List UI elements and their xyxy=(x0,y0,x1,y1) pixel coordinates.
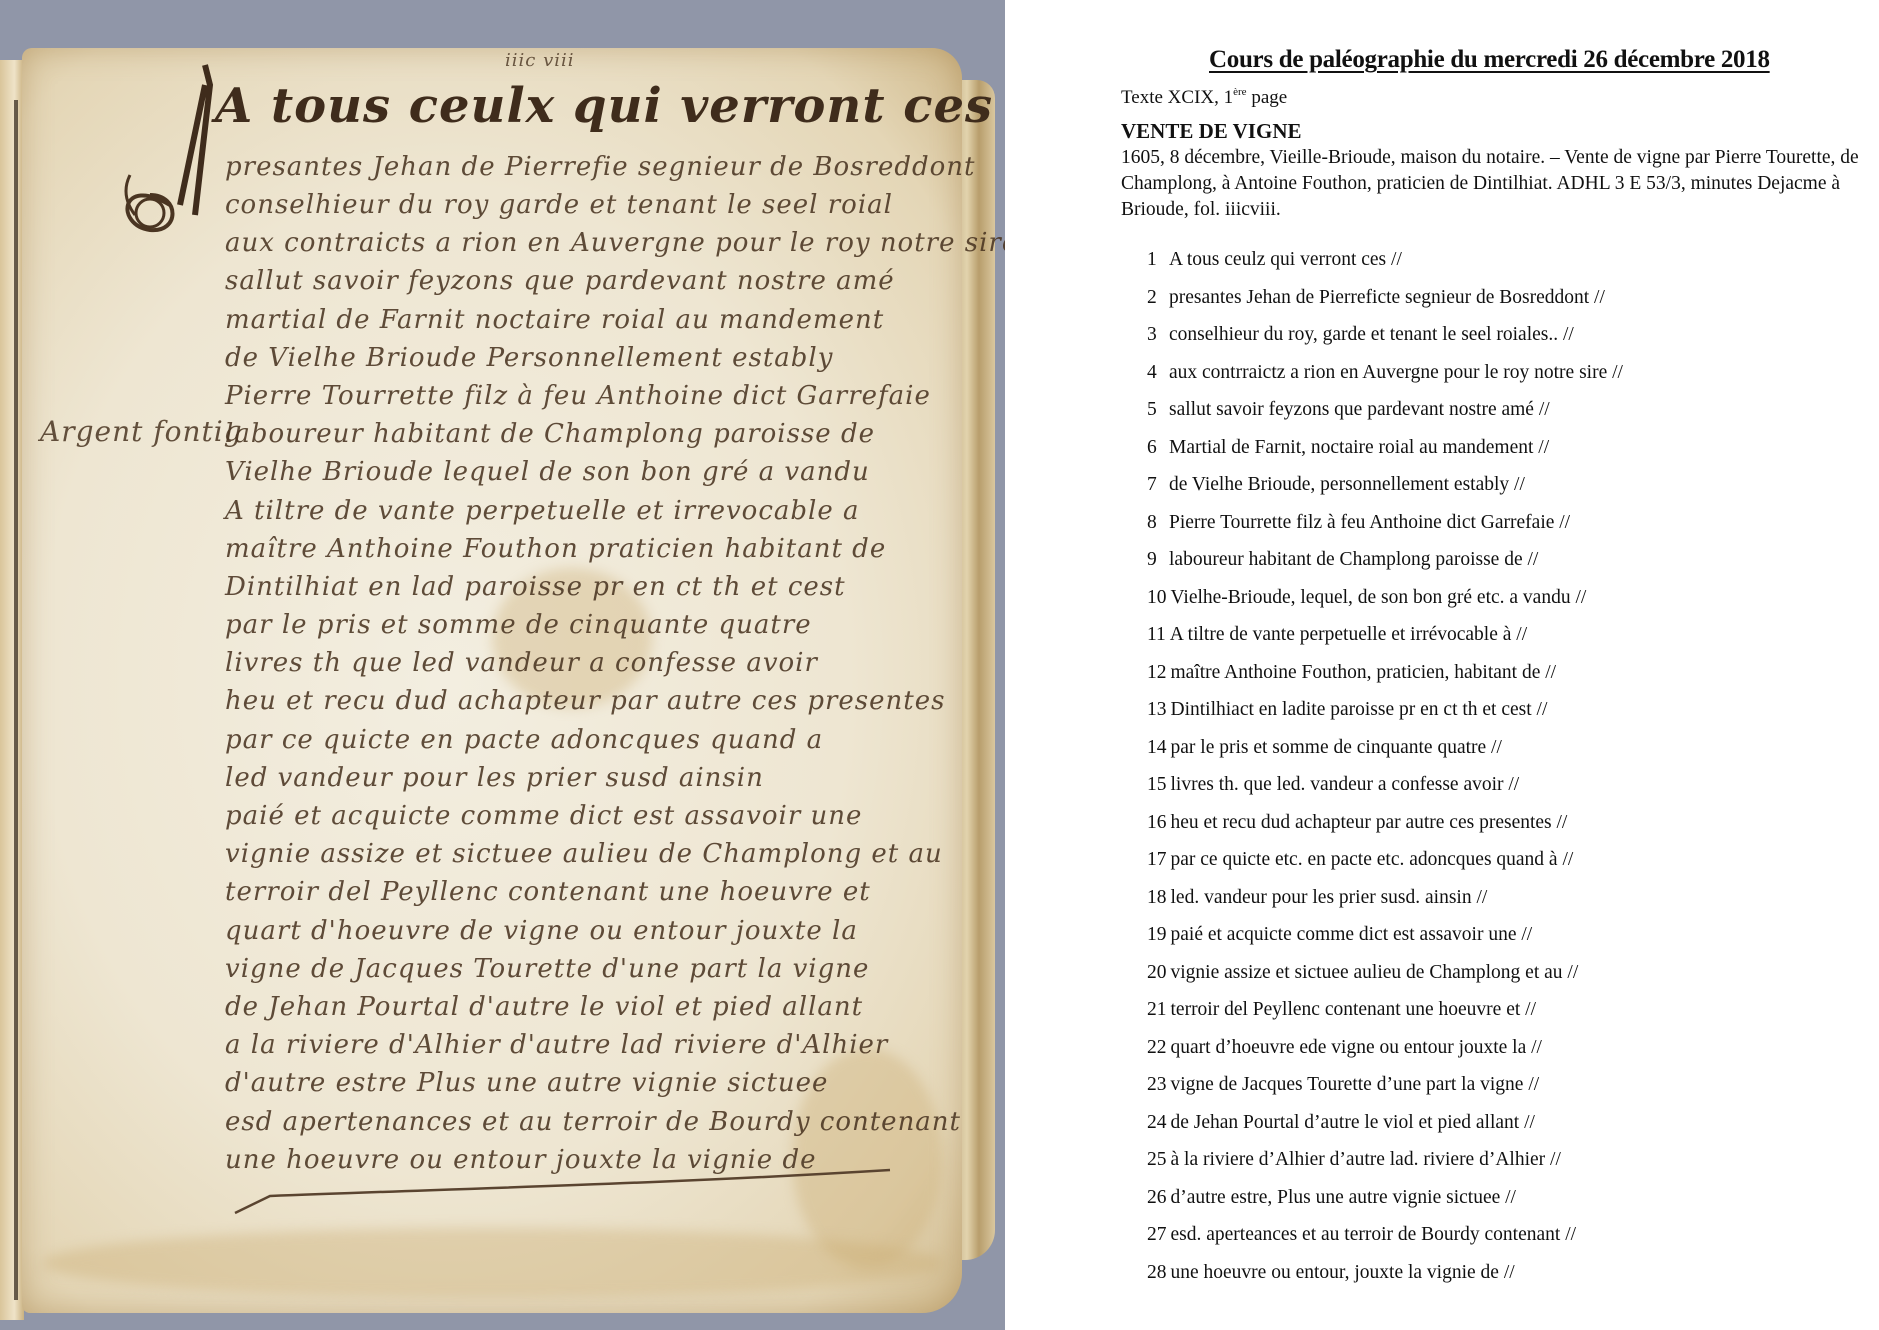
line-number: 4 xyxy=(1147,357,1169,389)
line-number: 14 xyxy=(1147,732,1167,764)
closing-flourish-icon xyxy=(230,1158,910,1218)
transcription-line: 14par le pris et somme de cinquante quat… xyxy=(1147,732,1623,770)
line-number: 1 xyxy=(1147,244,1169,276)
transcription-line: 12maître Anthoine Fouthon, praticien, ha… xyxy=(1147,657,1623,695)
line-text: à la riviere d’Alhier d’autre lad. rivie… xyxy=(1171,1149,1561,1170)
script-line: Vielhe Brioude lequel de son bon gré a v… xyxy=(225,457,870,487)
script-line: de Jehan Pourtal d'autre le viol et pied… xyxy=(225,992,863,1022)
script-line: par ce quicte en pacte adoncques quand a xyxy=(225,725,823,755)
line-number: 25 xyxy=(1147,1144,1167,1176)
transcription-line: 7de Vielhe Brioude, personnellement esta… xyxy=(1147,469,1623,507)
script-line: quart d'hoeuvre de vigne ou entour jouxt… xyxy=(225,916,858,946)
transcription-lines: 1A tous ceulz qui verront ces //2presant… xyxy=(1147,244,1623,1294)
script-line: esd apertenances et au terroir de Bourdy… xyxy=(225,1107,961,1137)
transcription-line: 25à la riviere d’Alhier d’autre lad. riv… xyxy=(1147,1144,1623,1182)
line-number: 18 xyxy=(1147,882,1167,914)
line-number: 9 xyxy=(1147,544,1169,576)
script-line: de Vielhe Brioude Personnellement establ… xyxy=(225,343,833,373)
text-reference-sup: ère xyxy=(1233,86,1246,98)
manuscript-photo: iiic viii A tous ceulx qui verront ces A… xyxy=(0,0,1005,1330)
text-reference: Texte XCIX, 1ère page xyxy=(1121,86,1287,109)
script-line: Pierre Tourrette filz à feu Anthoine dic… xyxy=(225,381,931,411)
line-text: esd. aperteances et au terroir de Bourdy… xyxy=(1171,1224,1577,1245)
text-reference-prefix: Texte XCIX, 1 xyxy=(1121,87,1233,108)
line-text: de Vielhe Brioude, personnellement estab… xyxy=(1169,474,1525,495)
transcription-line: 15livres th. que led. vandeur a confesse… xyxy=(1147,769,1623,807)
transcription-line: 20vignie assize et sictuee aulieu de Cha… xyxy=(1147,957,1623,995)
line-number: 11 xyxy=(1147,619,1166,651)
page-title: Cours de paléographie du mercredi 26 déc… xyxy=(1209,46,1770,74)
line-number: 5 xyxy=(1147,394,1169,426)
facing-page-edge xyxy=(0,60,24,1320)
line-number: 28 xyxy=(1147,1257,1167,1289)
transcription-line: 27esd. aperteances et au terroir de Bour… xyxy=(1147,1219,1623,1257)
line-number: 16 xyxy=(1147,807,1167,839)
script-line: presantes Jehan de Pierrefie segnieur de… xyxy=(225,152,976,182)
transcription-line: 28une hoeuvre ou entour, jouxte la vigni… xyxy=(1147,1257,1623,1295)
line-text: laboureur habitant de Champlong paroisse… xyxy=(1169,549,1538,570)
script-line: terroir del Peyllenc contenant une hoeuv… xyxy=(225,877,871,907)
line-text: sallut savoir feyzons que pardevant nost… xyxy=(1169,399,1550,420)
line-number: 8 xyxy=(1147,507,1169,539)
transcription-line: 13Dintilhiact en ladite paroisse pr en c… xyxy=(1147,694,1623,732)
line-number: 7 xyxy=(1147,469,1169,501)
line-text: une hoeuvre ou entour, jouxte la vignie … xyxy=(1171,1262,1515,1283)
book-spine xyxy=(14,100,18,1300)
transcription-line: 6Martial de Farnit, noctaire roial au ma… xyxy=(1147,432,1623,470)
line-number: 27 xyxy=(1147,1219,1167,1251)
line-text: vigne de Jacques Tourette d’une part la … xyxy=(1171,1074,1540,1095)
line-text: terroir del Peyllenc contenant une hoeuv… xyxy=(1171,999,1536,1020)
script-line: vignie assize et sictuee aulieu de Champ… xyxy=(225,839,943,869)
line-text: Pierre Tourrette filz à feu Anthoine dic… xyxy=(1169,512,1570,533)
line-text: aux contrraictz a rion en Auvergne pour … xyxy=(1169,362,1623,383)
line-text: d’autre estre, Plus une autre vignie sic… xyxy=(1171,1187,1516,1208)
script-line: A tiltre de vante perpetuelle et irrevoc… xyxy=(225,496,860,526)
line-text: A tous ceulz qui verront ces // xyxy=(1169,249,1402,270)
script-line: Dintilhiat en lad paroisse pr en ct th e… xyxy=(225,572,846,602)
transcription-line: 10Vielhe-Brioude, lequel, de son bon gré… xyxy=(1147,582,1623,620)
transcription-line: 5sallut savoir feyzons que pardevant nos… xyxy=(1147,394,1623,432)
transcription-line: 21terroir del Peyllenc contenant une hoe… xyxy=(1147,994,1623,1032)
line-number: 12 xyxy=(1147,657,1167,689)
line-text: de Jehan Pourtal d’autre le viol et pied… xyxy=(1171,1112,1535,1133)
line-text: quart d’hoeuvre ede vigne ou entour joux… xyxy=(1171,1037,1542,1058)
decorated-initial-icon xyxy=(110,55,230,235)
transcription-line: 22quart d’hoeuvre ede vigne ou entour jo… xyxy=(1147,1032,1623,1070)
line-text: led. vandeur pour les prier susd. ainsin… xyxy=(1171,887,1488,908)
document-summary: 1605, 8 décembre, Vieille-Brioude, maiso… xyxy=(1121,145,1879,223)
line-number: 17 xyxy=(1147,844,1167,876)
line-text: Vielhe-Brioude, lequel, de son bon gré e… xyxy=(1171,587,1587,608)
line-text: conselhieur du roy, garde et tenant le s… xyxy=(1169,324,1574,345)
transcription-line: 2presantes Jehan de Pierreficte segnieur… xyxy=(1147,282,1623,320)
line-number: 19 xyxy=(1147,919,1167,951)
transcription-line: 26d’autre estre, Plus une autre vignie s… xyxy=(1147,1182,1623,1220)
transcription-line: 17par ce quicte etc. en pacte etc. adonc… xyxy=(1147,844,1623,882)
script-line: led vandeur pour les prier susd ainsin xyxy=(225,763,764,793)
script-line: conselhieur du roy garde et tenant le se… xyxy=(225,190,893,220)
transcription-line: 9laboureur habitant de Champlong paroiss… xyxy=(1147,544,1623,582)
script-line: martial de Farnit noctaire roial au mand… xyxy=(225,305,884,335)
line-text: vignie assize et sictuee aulieu de Champ… xyxy=(1171,962,1579,983)
line-number: 2 xyxy=(1147,282,1169,314)
manuscript-heading-script: A tous ceulx qui verront ces xyxy=(215,78,993,134)
script-line: laboureur habitant de Champlong paroisse… xyxy=(225,419,875,449)
line-number: 15 xyxy=(1147,769,1167,801)
line-text: Martial de Farnit, noctaire roial au man… xyxy=(1169,437,1549,458)
line-text: heu et recu dud achapteur par autre ces … xyxy=(1171,812,1568,833)
line-number: 24 xyxy=(1147,1107,1167,1139)
script-line: vigne de Jacques Tourette d'une part la … xyxy=(225,954,869,984)
line-number: 22 xyxy=(1147,1032,1167,1064)
line-text: presantes Jehan de Pierreficte segnieur … xyxy=(1169,287,1605,308)
script-line: livres th que led vandeur a confesse avo… xyxy=(225,648,818,678)
script-line: aux contraicts a rion en Auvergne pour l… xyxy=(225,228,1005,258)
line-text: par le pris et somme de cinquante quatre… xyxy=(1171,737,1502,758)
line-number: 21 xyxy=(1147,994,1167,1026)
transcription-line: 11A tiltre de vante perpetuelle et irrév… xyxy=(1147,619,1623,657)
line-text: paié et acquicte comme dict est assavoir… xyxy=(1171,924,1533,945)
transcription-line: 16heu et recu dud achapteur par autre ce… xyxy=(1147,807,1623,845)
text-reference-suffix: page xyxy=(1247,87,1288,108)
line-number: 23 xyxy=(1147,1069,1167,1101)
transcription-line: 18led. vandeur pour les prier susd. ains… xyxy=(1147,882,1623,920)
line-text: A tiltre de vante perpetuelle et irrévoc… xyxy=(1170,624,1527,645)
line-number: 3 xyxy=(1147,319,1169,351)
transcription-line: 8Pierre Tourrette filz à feu Anthoine di… xyxy=(1147,507,1623,545)
transcription-line: 3conselhieur du roy, garde et tenant le … xyxy=(1147,319,1623,357)
script-line: a la riviere d'Alhier d'autre lad rivier… xyxy=(225,1030,888,1060)
section-heading: VENTE DE VIGNE xyxy=(1121,119,1302,144)
transcription-line: 1A tous ceulz qui verront ces // xyxy=(1147,244,1623,282)
line-number: 6 xyxy=(1147,432,1169,464)
line-text: maître Anthoine Fouthon, praticien, habi… xyxy=(1171,662,1557,683)
script-line: sallut savoir feyzons que pardevant nost… xyxy=(225,266,895,296)
margin-note: Argent fontig xyxy=(40,415,243,448)
line-number: 20 xyxy=(1147,957,1167,989)
transcription-line: 19paié et acquicte comme dict est assavo… xyxy=(1147,919,1623,957)
line-text: livres th. que led. vandeur a confesse a… xyxy=(1171,774,1520,795)
line-number: 26 xyxy=(1147,1182,1167,1214)
transcription-line: 23vigne de Jacques Tourette d’une part l… xyxy=(1147,1069,1623,1107)
script-line: heu et recu dud achapteur par autre ces … xyxy=(225,686,945,716)
line-number: 13 xyxy=(1147,694,1167,726)
line-number: 10 xyxy=(1147,582,1167,614)
script-line: maître Anthoine Fouthon praticien habita… xyxy=(225,534,886,564)
transcription-line: 24de Jehan Pourtal d’autre le viol et pi… xyxy=(1147,1107,1623,1145)
script-line: par le pris et somme de cinquante quatre xyxy=(225,610,812,640)
line-text: par ce quicte etc. en pacte etc. adoncqu… xyxy=(1171,849,1574,870)
transcription-line: 4aux contrraictz a rion en Auvergne pour… xyxy=(1147,357,1623,395)
script-line: d'autre estre Plus une autre vignie sict… xyxy=(225,1068,828,1098)
line-text: Dintilhiact en ladite paroisse pr en ct … xyxy=(1171,699,1548,720)
script-line: paié et acquicte comme dict est assavoir… xyxy=(225,801,862,831)
folio-number: iiic viii xyxy=(505,50,575,71)
